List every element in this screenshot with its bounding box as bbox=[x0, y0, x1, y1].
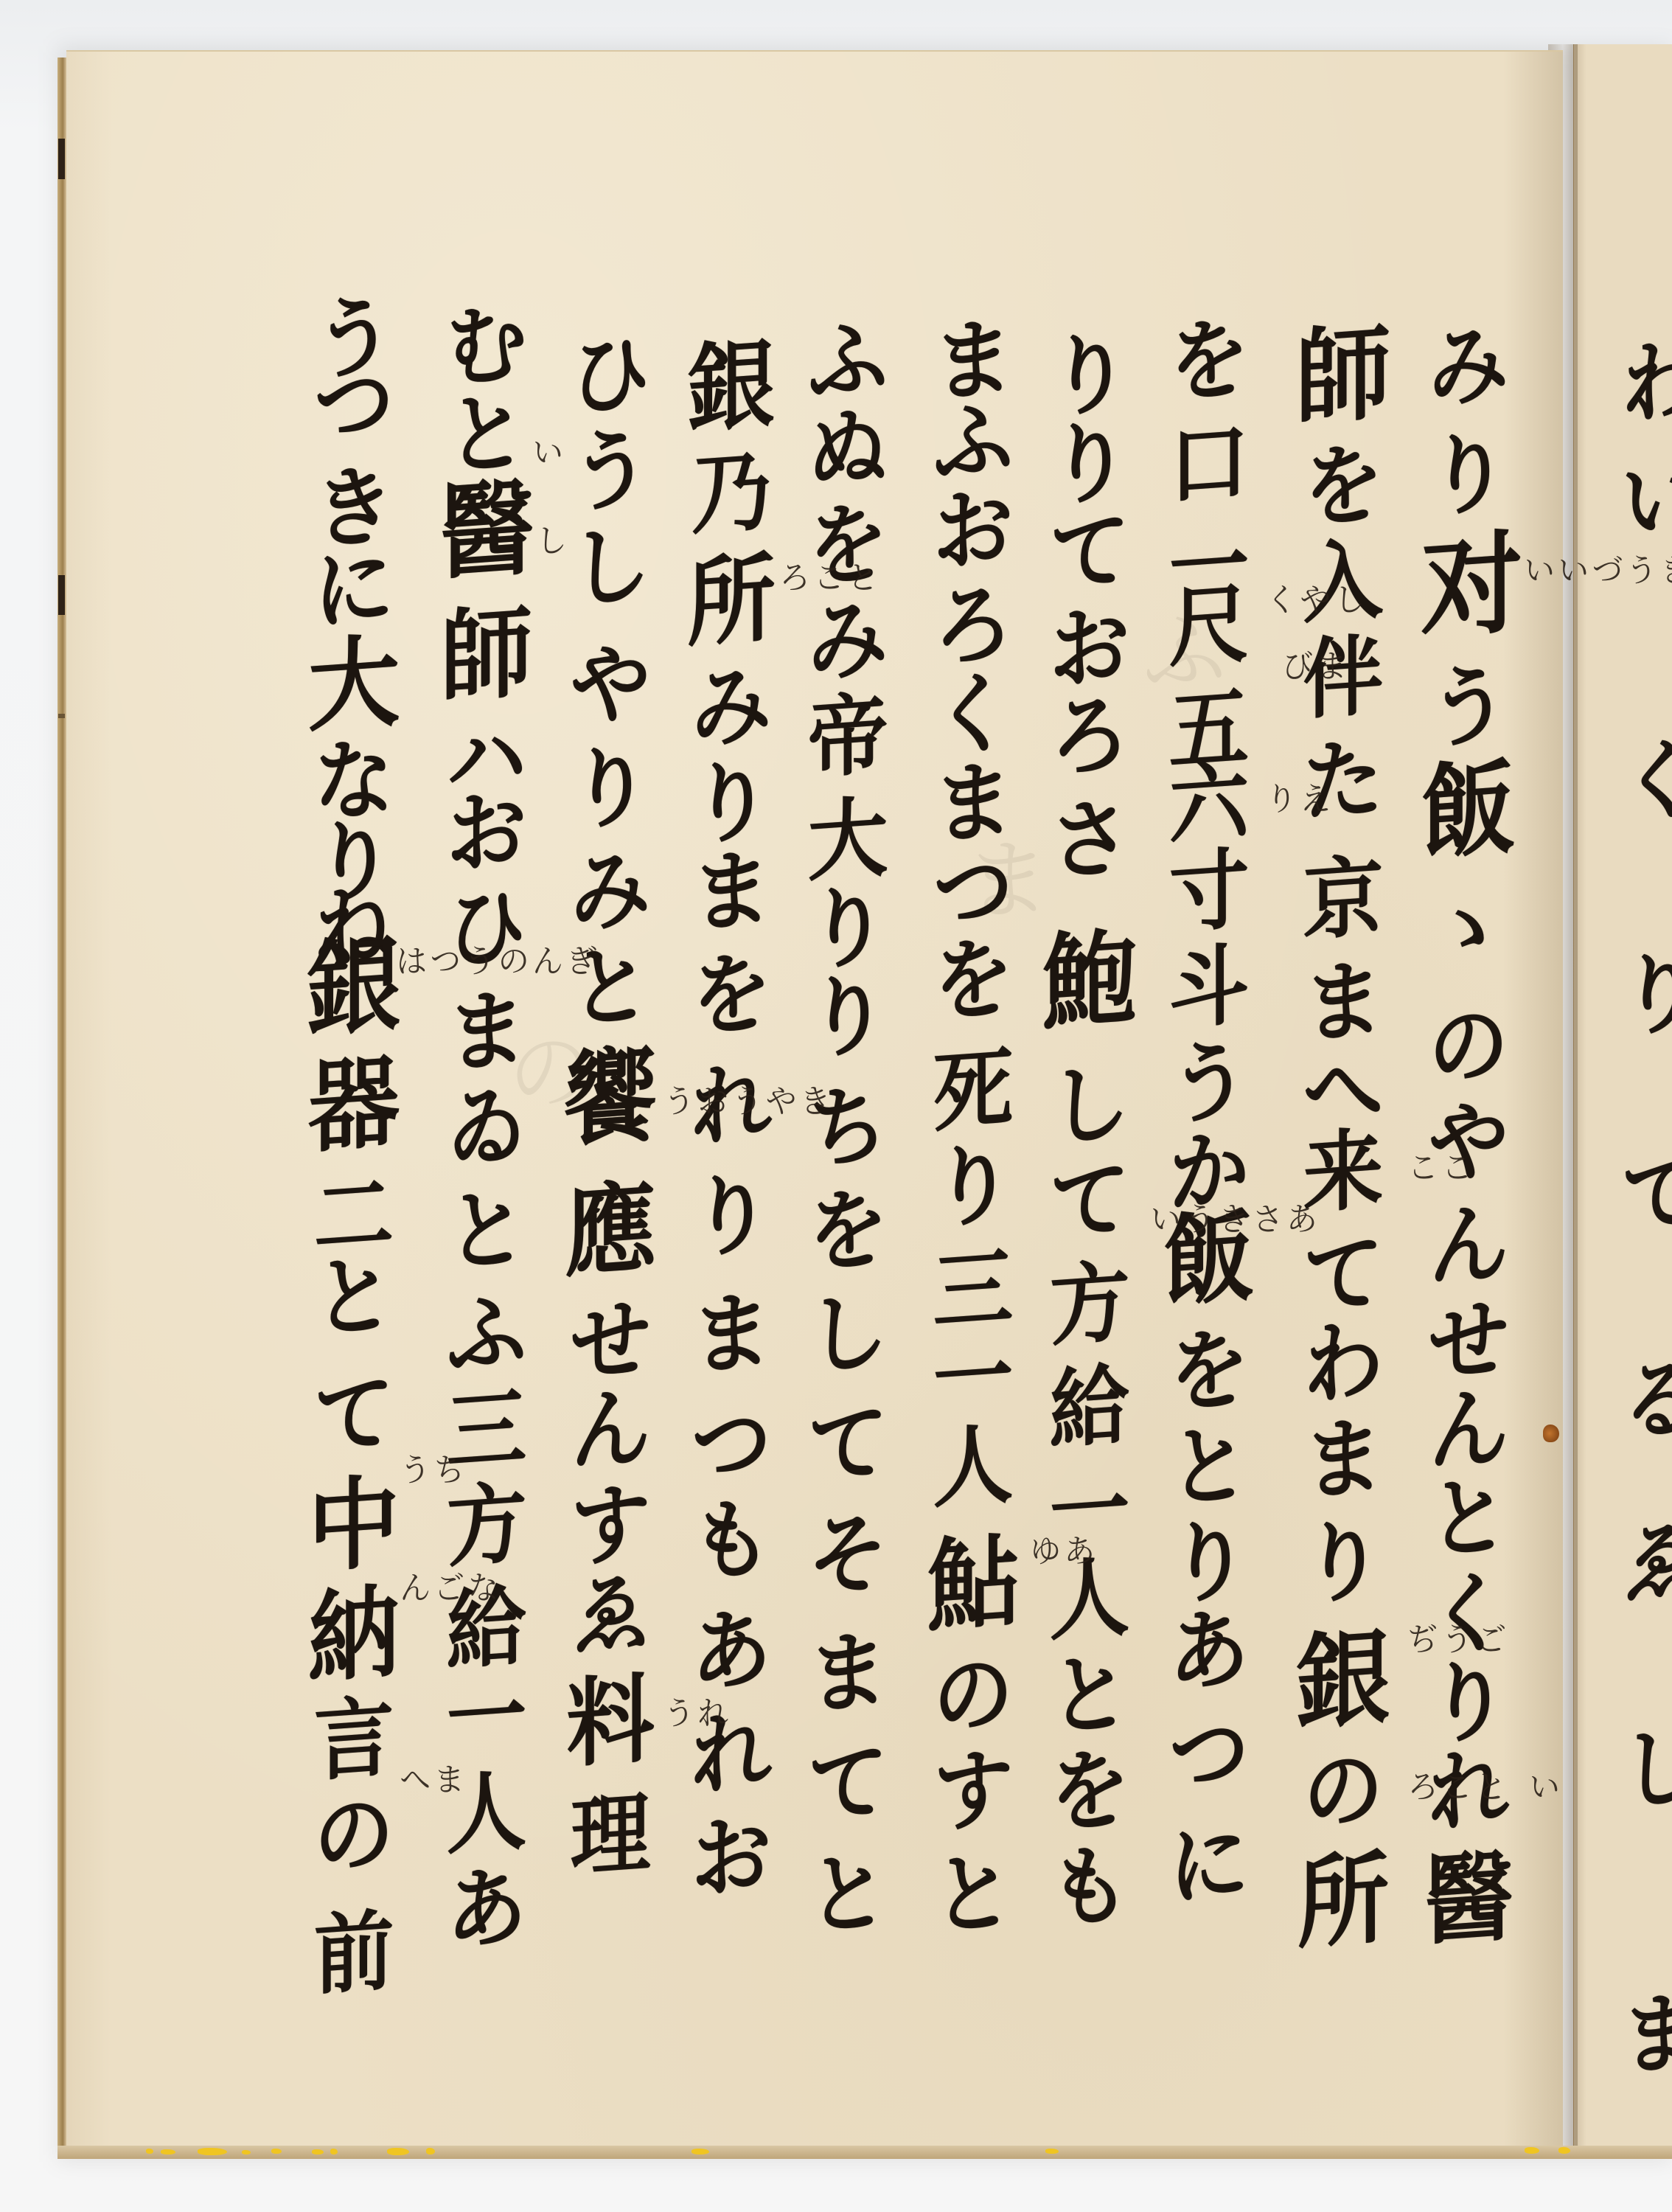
glyph: 大 bbox=[801, 793, 896, 886]
glyph: り bbox=[1162, 1515, 1257, 1609]
glyph: し bbox=[563, 520, 658, 613]
glyph: 應 bbox=[563, 1176, 658, 1282]
glyph: り bbox=[926, 1139, 1021, 1233]
glyph: 寸 bbox=[1162, 844, 1257, 938]
glyph: ん bbox=[1421, 1198, 1516, 1292]
glyph: 理 bbox=[563, 1788, 658, 1882]
glyph: り bbox=[801, 881, 896, 975]
glyph: に bbox=[1162, 1818, 1257, 1911]
glyph: 大 bbox=[307, 630, 402, 737]
glyph: り bbox=[563, 741, 658, 835]
furigana: し bbox=[531, 524, 565, 556]
glyph: 斗 bbox=[1162, 940, 1257, 1034]
glyph: 銀 bbox=[684, 335, 779, 438]
furigana: あつときうづいい bbox=[1519, 553, 1672, 585]
glyph: 料 bbox=[563, 1670, 658, 1773]
glyph: み bbox=[801, 594, 896, 687]
glyph: ま bbox=[926, 756, 1021, 849]
glyph: あ bbox=[1162, 1604, 1257, 1697]
furigana: しやく bbox=[1261, 582, 1363, 615]
glyph: 京 bbox=[1296, 852, 1391, 945]
glyph: ま bbox=[439, 984, 534, 1078]
glyph: 一 bbox=[439, 1670, 534, 1764]
furigana: ここ bbox=[1402, 1150, 1470, 1183]
furigana: まへ bbox=[394, 1762, 462, 1795]
furigana: ちう bbox=[394, 1453, 462, 1485]
glyph: ん bbox=[563, 1382, 658, 1476]
furigana: えり bbox=[1261, 782, 1328, 814]
furigana: あさきうい bbox=[1145, 1202, 1315, 1234]
glyph: を bbox=[1162, 1324, 1257, 1417]
glyph: と bbox=[1162, 1419, 1257, 1513]
glyph: 所 bbox=[684, 549, 779, 652]
right-page: わ い く り て る ゑ し ま bbox=[1573, 44, 1672, 2153]
furigana: い bbox=[527, 435, 561, 467]
page-edge-left bbox=[58, 58, 66, 2150]
glyph: 銀 bbox=[307, 933, 402, 1043]
glyph: の bbox=[307, 1788, 402, 1882]
glyph: う bbox=[1421, 660, 1516, 754]
gold-leaf-fleck bbox=[426, 2148, 435, 2154]
glyph: 銀 bbox=[1296, 1626, 1391, 1736]
glyph: 器 bbox=[307, 1051, 402, 1157]
glyph: 方 bbox=[439, 1478, 534, 1572]
glyph: 醫 bbox=[1421, 1847, 1516, 1951]
glyph: お bbox=[684, 1810, 779, 1904]
glyph: て bbox=[1296, 1228, 1391, 1321]
glyph: ふ bbox=[801, 313, 896, 407]
glyph: ま bbox=[1296, 1412, 1391, 1506]
glyph: つ bbox=[926, 844, 1021, 938]
glyph: て bbox=[1614, 1147, 1672, 1240]
glyph: お bbox=[1042, 601, 1138, 695]
glyph: ゑ bbox=[563, 1567, 658, 1660]
gold-leaf-fleck bbox=[692, 2149, 709, 2154]
glyph: ろ bbox=[1042, 689, 1138, 783]
glyph: ふ bbox=[926, 394, 1021, 488]
glyph: 中 bbox=[307, 1471, 402, 1577]
furigana: ところ bbox=[1402, 1770, 1505, 1802]
furigana: ぎんのうつは bbox=[391, 944, 595, 976]
glyph: 前 bbox=[307, 1906, 402, 2000]
glyph: く bbox=[926, 667, 1021, 761]
glyph: ゑ bbox=[1614, 1515, 1672, 1609]
glyph: 給 bbox=[1042, 1360, 1138, 1454]
glyph: そ bbox=[801, 1508, 896, 1601]
glyph: 所 bbox=[1296, 1847, 1391, 1953]
furigana: なごん bbox=[394, 1571, 497, 1603]
glyph: り bbox=[684, 1169, 779, 1262]
glyph: つ bbox=[307, 358, 402, 451]
furigana: ところ bbox=[774, 560, 877, 593]
glyph: に bbox=[307, 542, 402, 636]
furigana: れう bbox=[658, 1696, 726, 1728]
glyph: み bbox=[563, 844, 658, 938]
glyph: ぬ bbox=[801, 402, 896, 495]
glyph: ま bbox=[801, 1626, 896, 1719]
glyph: ま bbox=[1614, 1987, 1672, 2081]
glyph: う bbox=[1162, 1036, 1257, 1130]
glyph: ろ bbox=[926, 579, 1021, 672]
glyph: 乃 bbox=[684, 446, 779, 540]
glyph: む bbox=[439, 299, 534, 392]
bookmark-thread bbox=[1543, 1425, 1559, 1442]
glyph: く bbox=[1614, 734, 1672, 827]
glyph: ん bbox=[1421, 1382, 1516, 1476]
edge-mark bbox=[58, 714, 65, 718]
glyph: す bbox=[926, 1744, 1021, 1837]
glyph: て bbox=[801, 1736, 896, 1830]
gold-leaf-fleck bbox=[271, 2149, 282, 2154]
glyph: と bbox=[1042, 1648, 1138, 1742]
glyph: り bbox=[1042, 328, 1138, 422]
gold-leaf-fleck bbox=[242, 2150, 251, 2154]
glyph: ま bbox=[684, 1287, 779, 1380]
left-page: ふ ま の み り 对 う 飯 ゝ の や ん せ ん と く り れ 醫 あつ… bbox=[66, 50, 1563, 2153]
glyph: り bbox=[1421, 428, 1516, 521]
glyph: を bbox=[1042, 1744, 1138, 1837]
glyph: の bbox=[1296, 1744, 1391, 1837]
glyph: ふ bbox=[439, 1287, 534, 1380]
glyph: し bbox=[801, 1287, 896, 1380]
glyph: 尺 bbox=[1162, 579, 1257, 672]
glyph: 帝 bbox=[801, 689, 896, 783]
glyph: と bbox=[439, 1183, 534, 1277]
glyph: み bbox=[1421, 319, 1516, 413]
glyph: 饗 bbox=[563, 1043, 658, 1153]
glyph: わ bbox=[1614, 335, 1672, 429]
glyph: も bbox=[684, 1493, 779, 1587]
glyph: て bbox=[307, 1368, 402, 1461]
glyph: を bbox=[1162, 313, 1257, 407]
glyph: と bbox=[926, 1847, 1021, 1941]
glyph: と bbox=[439, 387, 534, 481]
glyph: り bbox=[1042, 417, 1138, 510]
glyph: 納 bbox=[307, 1582, 402, 1688]
gold-leaf-fleck bbox=[146, 2149, 153, 2154]
glyph: 言 bbox=[307, 1692, 402, 1786]
glyph: し bbox=[1614, 1722, 1672, 1815]
glyph: つ bbox=[1162, 1707, 1257, 1801]
glyph: 鮑 bbox=[1042, 925, 1138, 1035]
furigana: きやうおう bbox=[658, 1084, 829, 1116]
glyph: も bbox=[1042, 1840, 1138, 1933]
furigana: い bbox=[1524, 1770, 1558, 1802]
page-edge-bottom bbox=[58, 2146, 1672, 2159]
furigana: あゆ bbox=[1025, 1534, 1093, 1566]
glyph: を bbox=[926, 933, 1021, 1026]
glyph: ゝ bbox=[1421, 881, 1516, 975]
glyph: 死 bbox=[926, 1043, 1021, 1137]
glyph: を bbox=[1296, 439, 1391, 532]
gold-leaf-fleck bbox=[161, 2149, 175, 2154]
glyph: 三 bbox=[926, 1242, 1021, 1336]
gold-leaf-fleck bbox=[387, 2148, 409, 2155]
glyph: の bbox=[926, 1648, 1021, 1742]
glyph: い bbox=[1614, 453, 1672, 547]
furigana: まび bbox=[1277, 649, 1345, 681]
glyph: 醫 bbox=[439, 476, 534, 585]
edge-mark bbox=[58, 139, 65, 179]
edge-mark bbox=[58, 575, 65, 615]
glyph: さ bbox=[1042, 793, 1138, 886]
glyph: て bbox=[801, 1397, 896, 1491]
glyph: み bbox=[684, 660, 779, 754]
glyph: し bbox=[1042, 1058, 1138, 1152]
glyph: お bbox=[926, 483, 1021, 577]
glyph: り bbox=[1614, 947, 1672, 1041]
glyph: 人 bbox=[1042, 1552, 1138, 1646]
glyph: 对 bbox=[1421, 527, 1516, 644]
gold-leaf-fleck bbox=[312, 2149, 324, 2154]
glyph: を bbox=[684, 947, 779, 1041]
glyph: と bbox=[801, 1847, 896, 1941]
glyph: せ bbox=[563, 1294, 658, 1388]
gold-leaf-fleck bbox=[1045, 2149, 1059, 2154]
glyph: り bbox=[1421, 1655, 1516, 1749]
glyph: や bbox=[563, 638, 658, 731]
glyph: 一 bbox=[926, 1331, 1021, 1425]
glyph: ひ bbox=[563, 328, 658, 422]
glyph: ま bbox=[684, 844, 779, 938]
glyph: せ bbox=[1421, 1294, 1516, 1388]
glyph: 鮎 bbox=[926, 1530, 1021, 1636]
gold-leaf-fleck bbox=[1558, 2147, 1570, 2154]
glyph: を bbox=[801, 1183, 896, 1277]
glyph: つ bbox=[684, 1397, 779, 1491]
glyph: わ bbox=[1296, 1316, 1391, 1410]
glyph: 人 bbox=[926, 1419, 1021, 1513]
glyph: て bbox=[1042, 1154, 1138, 1248]
glyph: 方 bbox=[1042, 1257, 1138, 1351]
glyph: 飯 bbox=[1421, 756, 1516, 866]
glyph: て bbox=[1042, 505, 1138, 599]
gold-leaf-fleck bbox=[330, 2149, 338, 2154]
glyph: り bbox=[801, 970, 896, 1063]
glyph: り bbox=[684, 756, 779, 849]
furigana: ごうぢ bbox=[1402, 1622, 1505, 1655]
gold-leaf-fleck bbox=[198, 2148, 227, 2155]
gold-leaf-fleck bbox=[1525, 2147, 1539, 2154]
glyph: 師 bbox=[439, 601, 534, 707]
glyph: と bbox=[307, 1250, 402, 1343]
glyph: あ bbox=[439, 1862, 534, 1955]
glyph: り bbox=[1296, 1515, 1391, 1609]
glyph: と bbox=[1421, 1471, 1516, 1565]
glyph: の bbox=[1421, 999, 1516, 1093]
glyph: す bbox=[563, 1478, 658, 1572]
glyph: 六 bbox=[1162, 756, 1257, 849]
glyph: 師 bbox=[1296, 321, 1391, 431]
glyph: る bbox=[1614, 1353, 1672, 1447]
glyph: ゐ bbox=[439, 1080, 534, 1174]
glyph: お bbox=[439, 785, 534, 879]
glyph: う bbox=[563, 424, 658, 518]
glyph: ま bbox=[1296, 955, 1391, 1048]
glyph: 口 bbox=[1162, 417, 1257, 510]
glyph: あ bbox=[684, 1604, 779, 1697]
